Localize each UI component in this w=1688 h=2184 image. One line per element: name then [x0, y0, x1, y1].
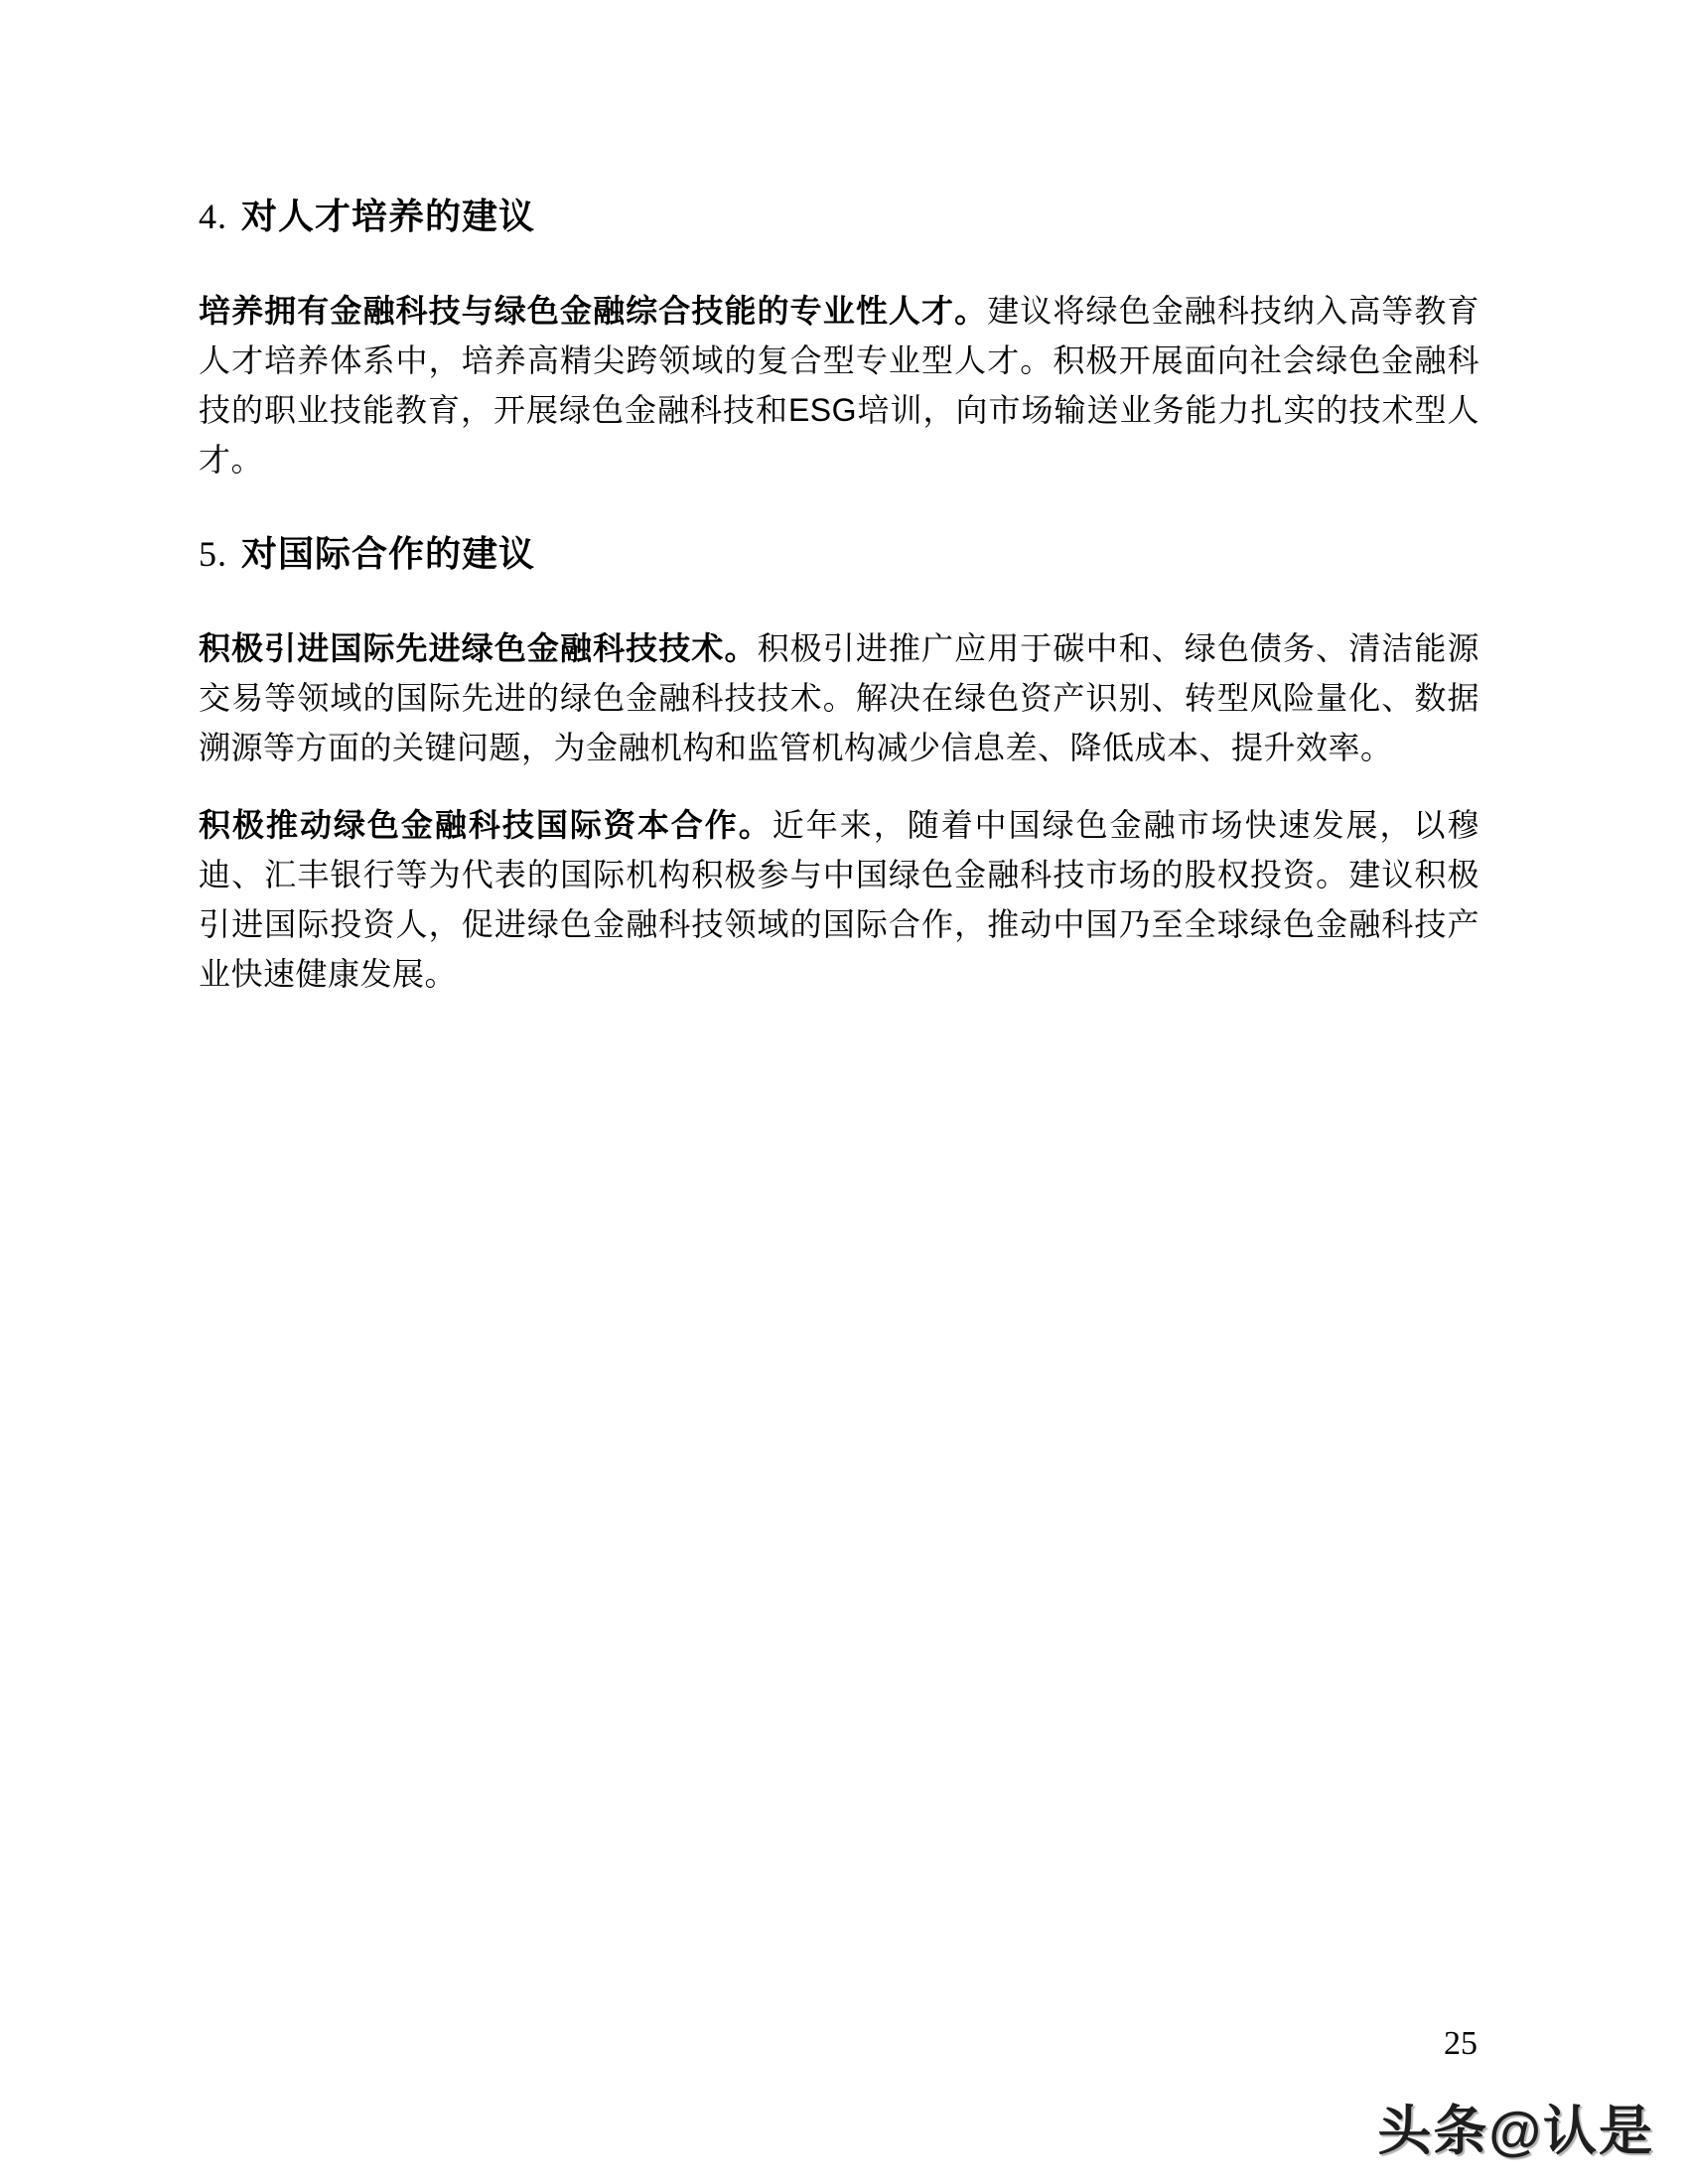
- paragraph-tech-import: 积极引进国际先进绿色金融科技技术。积极引进推广应用于碳中和、绿色债务、清洁能源交…: [199, 623, 1479, 772]
- paragraph-capital-cooperation: 积极推动绿色金融科技国际资本合作。近年来，随着中国绿色金融市场快速发展，以穆迪、…: [199, 800, 1479, 999]
- section-heading-text: 对国际合作的建议: [241, 533, 535, 574]
- page-number: 25: [1444, 2025, 1477, 2063]
- watermark-toutiao: 头条@认是: [1377, 2089, 1654, 2165]
- section-number: 4.: [199, 197, 227, 236]
- paragraph-lead-sentence: 培养拥有金融科技与绿色金融综合技能的专业性人才。: [199, 293, 987, 329]
- section-heading-talent: 4.对人才培养的建议: [199, 195, 1479, 238]
- paragraph-lead-sentence: 积极推动绿色金融科技国际资本合作。: [199, 807, 773, 843]
- section-heading-international: 5.对国际合作的建议: [199, 532, 1479, 576]
- paragraph-talent: 培养拥有金融科技与绿色金融综合技能的专业性人才。建议将绿色金融科技纳入高等教育人…: [199, 286, 1479, 484]
- section-heading-text: 对人才培养的建议: [241, 196, 535, 236]
- section-number: 5.: [199, 534, 227, 574]
- document-page: 4.对人才培养的建议 培养拥有金融科技与绿色金融综合技能的专业性人才。建议将绿色…: [0, 0, 1688, 2184]
- paragraph-lead-sentence: 积极引进国际先进绿色金融科技技术。: [199, 630, 758, 666]
